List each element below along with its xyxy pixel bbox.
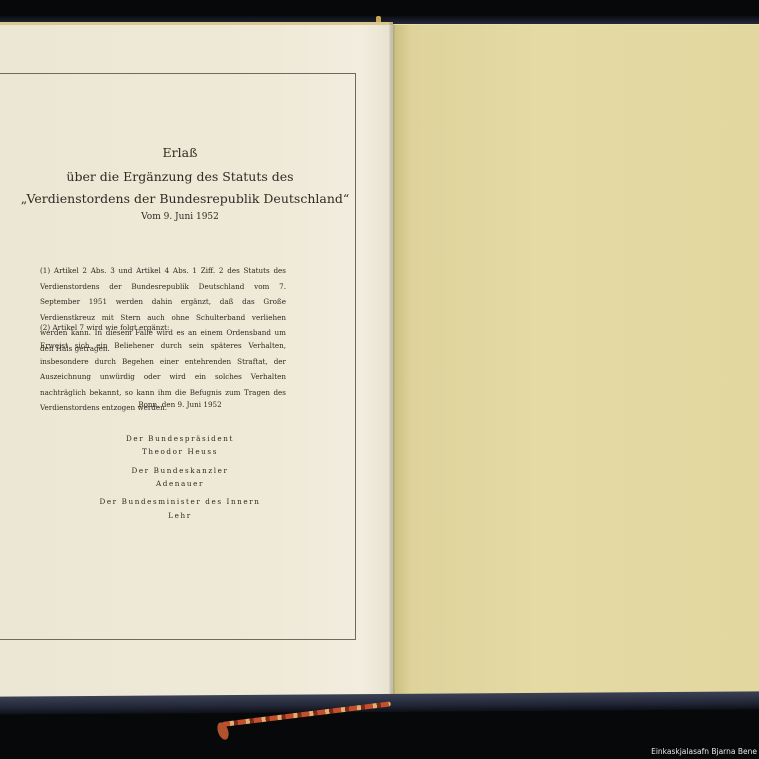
signatory-name-chancellor: Adenauer: [40, 479, 320, 488]
signatory-name-interior-minister: Lehr: [40, 511, 320, 520]
spine-fold: [389, 22, 395, 698]
decree-title: Erlaß: [40, 145, 320, 160]
signatory-name-president: Theodor Heuss: [40, 447, 320, 456]
archive-watermark: Einkaskjalasafn Bjarna Bene: [651, 747, 757, 756]
signatory-office-interior-minister: Der Bundesminister des Innern: [20, 497, 340, 506]
place-date: Bonn, den 9. Juni 1952: [40, 400, 320, 409]
signatory-office-president: Der Bundespräsident: [40, 434, 320, 443]
decree-subtitle-1: über die Ergänzung des Statuts des: [40, 169, 320, 184]
decree-date: Vom 9. Juni 1952: [40, 212, 320, 222]
decree-subtitle-2: „Verdienstordens der Bundesrepublik Deut…: [10, 191, 360, 206]
paragraph-2-heading: (2) Artikel 7 wird wie folgt ergänzt:: [40, 323, 169, 332]
photo-scene: Erlaß über die Ergänzung des Statuts des…: [0, 0, 759, 759]
right-page-blank: [393, 24, 759, 701]
signatory-office-chancellor: Der Bundeskanzler: [40, 466, 320, 475]
